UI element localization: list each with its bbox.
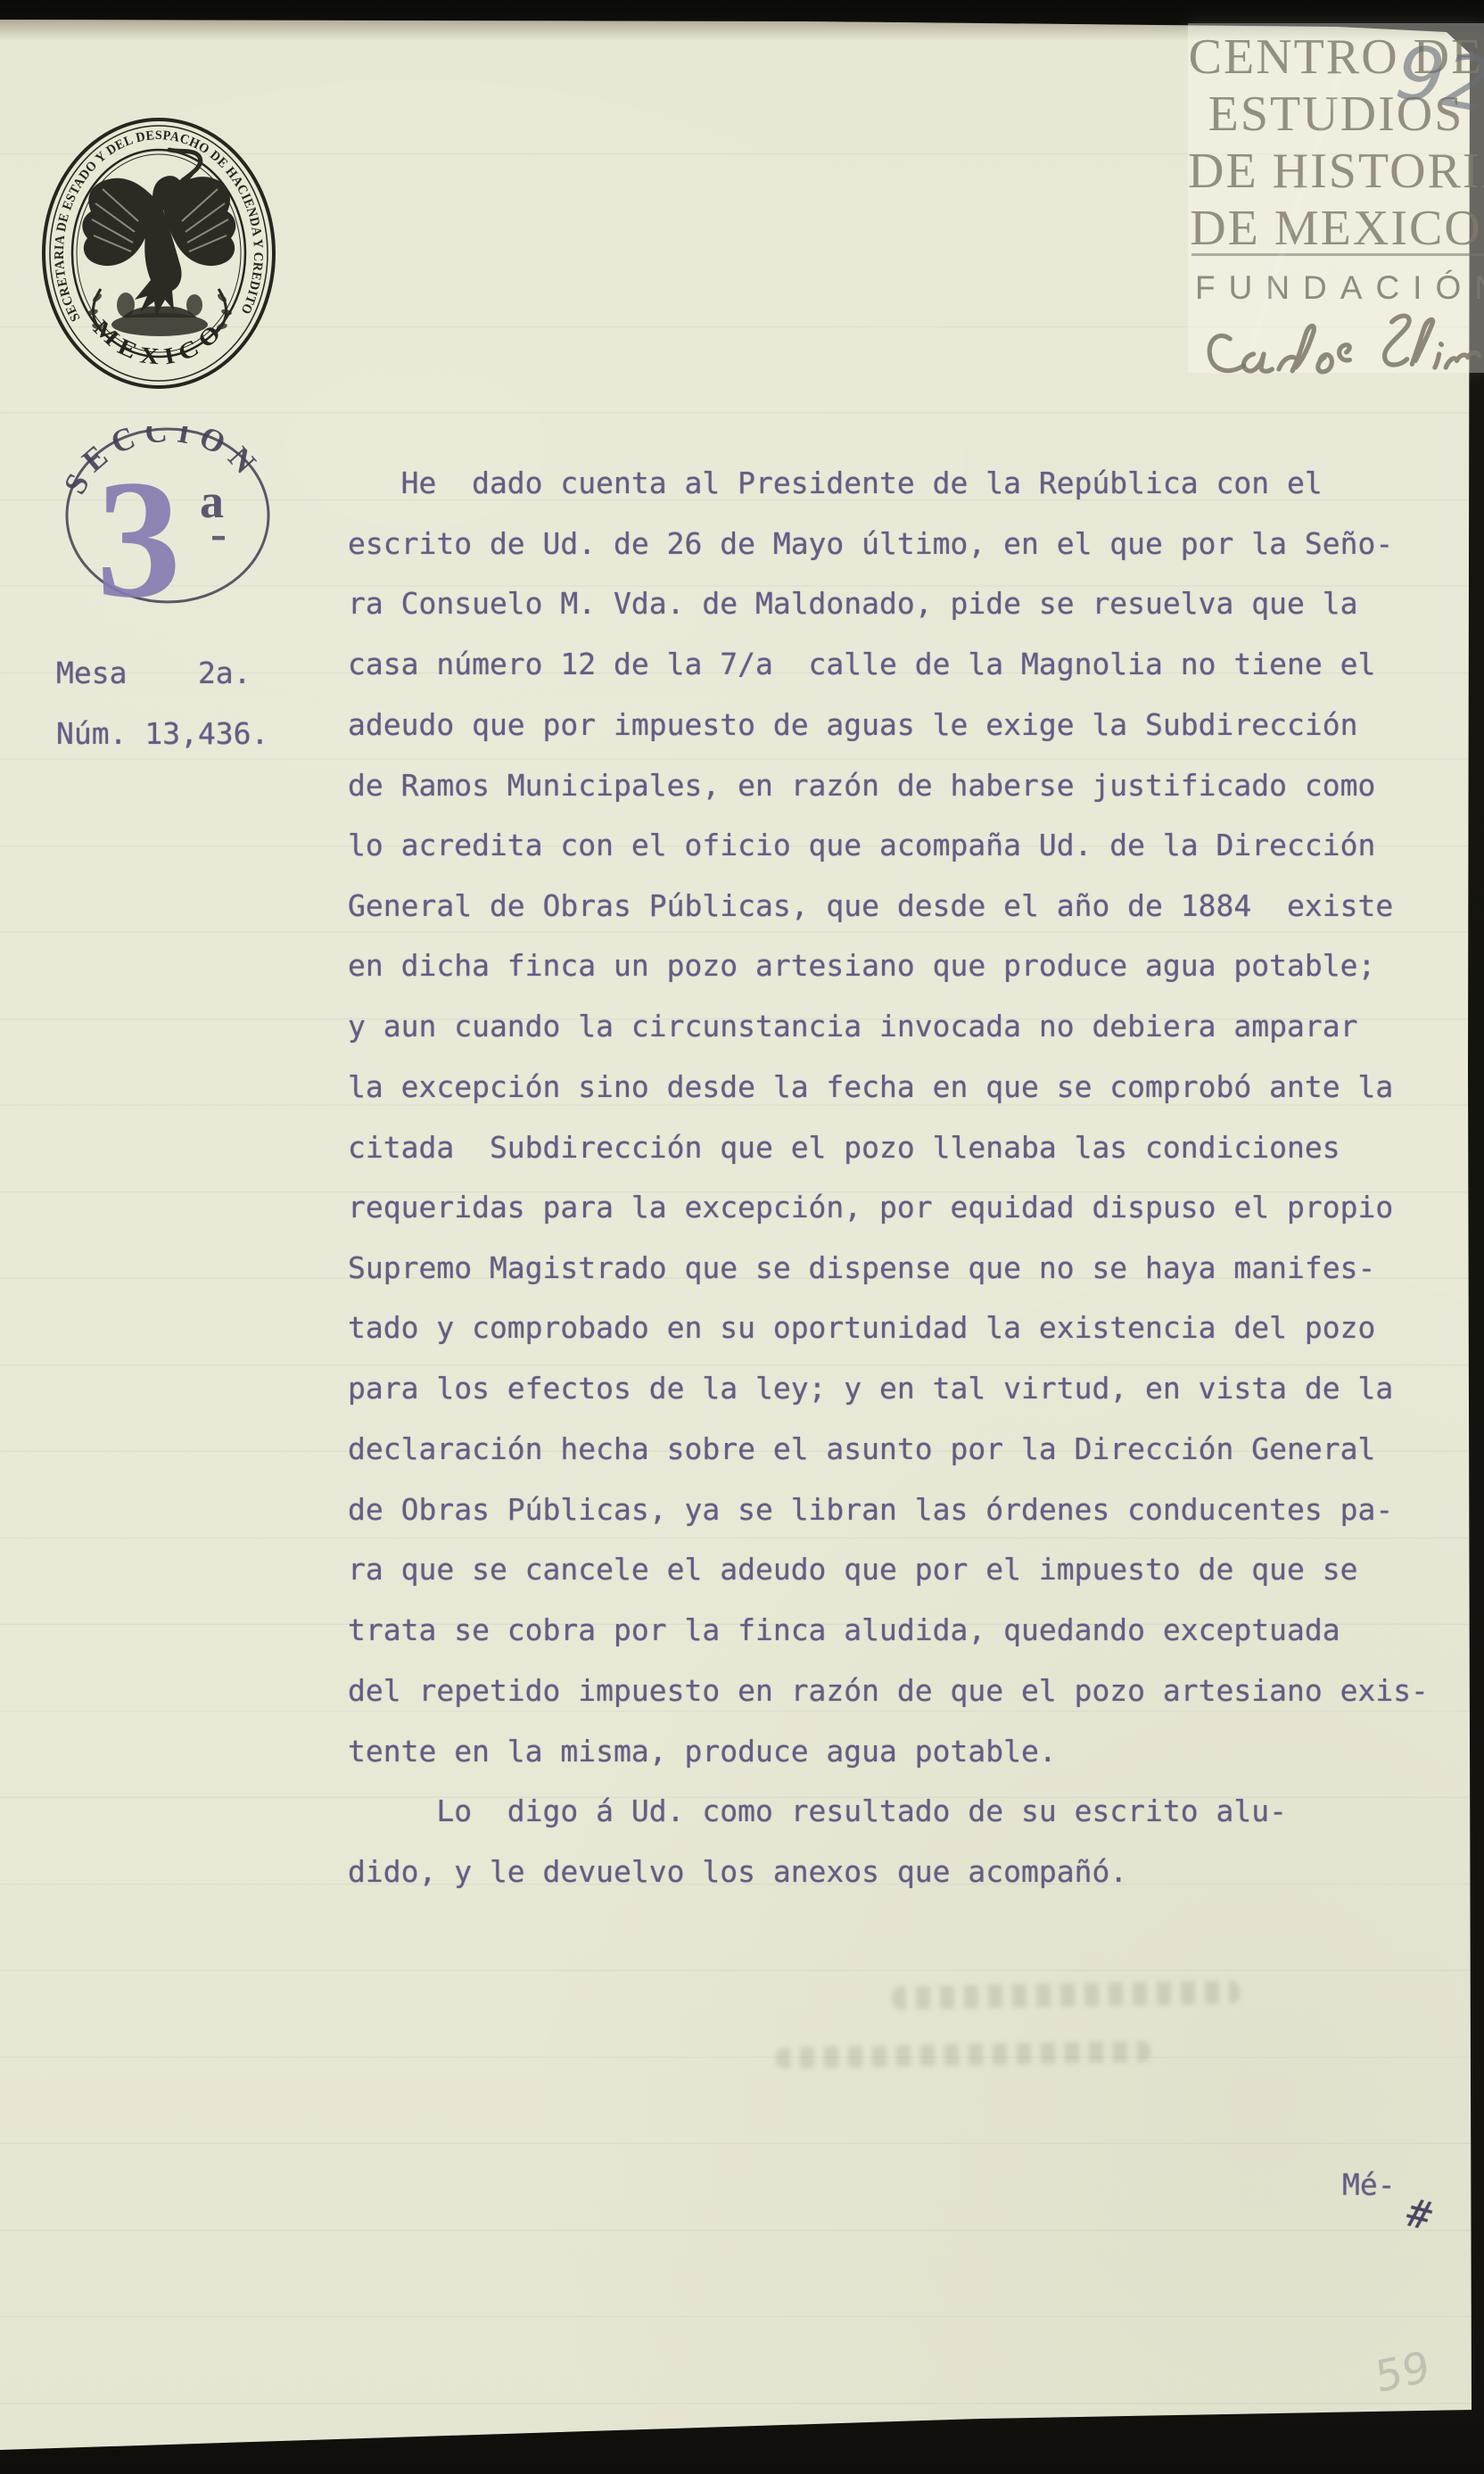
- ghost-bleedthrough: [776, 2041, 1150, 2068]
- seccion-stamp-graphic: SECCION 3 a -: [62, 426, 273, 610]
- letter-line: tado y comprobado en su oportunidad la e…: [348, 1310, 1375, 1345]
- hacienda-seal: SECRETARIA DE ESTADO Y DEL DESPACHO DE H…: [38, 114, 279, 392]
- letter-line: de Obras Públicas, ya se libran las órde…: [348, 1492, 1393, 1527]
- num-line: Núm. 13,436.: [56, 716, 268, 751]
- letter-line: requeridas para la excepción, por equida…: [348, 1190, 1393, 1225]
- continuation-word: Mé-: [1342, 2167, 1396, 2202]
- seccion-stamp: SECCION 3 a -: [62, 426, 273, 610]
- letter-line: ra Consuelo M. Vda. de Maldonado, pide s…: [348, 586, 1357, 621]
- stamp-number: 3: [96, 446, 181, 610]
- letter-line: casa número 12 de la 7/a calle de la Mag…: [348, 647, 1375, 681]
- watermark-line-3: DE HISTORIA: [1188, 143, 1484, 200]
- letter-line: ra que se cancele el adeudo que por el i…: [348, 1552, 1357, 1587]
- mesa-line: Mesa 2a.: [56, 656, 251, 690]
- ghost-bleedthrough: [892, 1981, 1240, 2010]
- letter-line: He dado cuenta al Presidente de la Repúb…: [348, 466, 1323, 500]
- letter-line: para los efectos de la ley; y en tal vir…: [348, 1371, 1393, 1406]
- end-hash-mark: #: [1402, 2190, 1436, 2240]
- letter-line: en dicha finca un pozo artesiano que pro…: [348, 948, 1375, 983]
- hacienda-seal-graphic: SECRETARIA DE ESTADO Y DEL DESPACHO DE H…: [38, 114, 279, 392]
- letter-line: lo acredita con el oficio que acompaña U…: [348, 828, 1375, 862]
- letter-line: del repetido impuesto en razón de que el…: [348, 1673, 1429, 1708]
- slim-signature: Carlos Slim: [1193, 307, 1484, 400]
- stamp-dash: -: [210, 507, 227, 560]
- pencil-note: 59: [1373, 2342, 1432, 2404]
- watermark-line-4: DE MEXICO: [1188, 200, 1484, 257]
- letter-line: Lo digo á Ud. como resultado de su escri…: [348, 1794, 1287, 1828]
- letter-line: General de Obras Públicas, que desde el …: [348, 888, 1393, 923]
- letter-line: declaración hecha sobre el asunto por la…: [348, 1431, 1375, 1466]
- letter-line: tente en la misma, produce agua potable.: [348, 1734, 1057, 1769]
- letter-line: adeudo que por impuesto de aguas le exig…: [348, 707, 1357, 742]
- letter-line: y aun cuando la circunstancia invocada n…: [348, 1009, 1357, 1043]
- letter-line: la excepción sino desde la fecha en que …: [348, 1069, 1393, 1104]
- foundation-label: FUNDACIÓN: [1195, 269, 1484, 307]
- letter-line: de Ramos Municipales, en razón de habers…: [348, 768, 1375, 803]
- scan-background: SECRETARIA DE ESTADO Y DEL DESPACHO DE H…: [0, 0, 1484, 2474]
- letter-line: escrito de Ud. de 26 de Mayo último, en …: [348, 526, 1393, 561]
- letter-line: citada Subdirección que el pozo llenaba …: [348, 1130, 1340, 1165]
- letter-line: dido, y le devuelvo los anexos que acomp…: [348, 1854, 1127, 1889]
- letter-line: trata se cobra por la finca aludida, que…: [348, 1612, 1340, 1647]
- watermark-divider: [1191, 253, 1484, 256]
- signature-icon: [1193, 307, 1484, 400]
- letter-line: Supremo Magistrado que se dispense que n…: [348, 1250, 1375, 1285]
